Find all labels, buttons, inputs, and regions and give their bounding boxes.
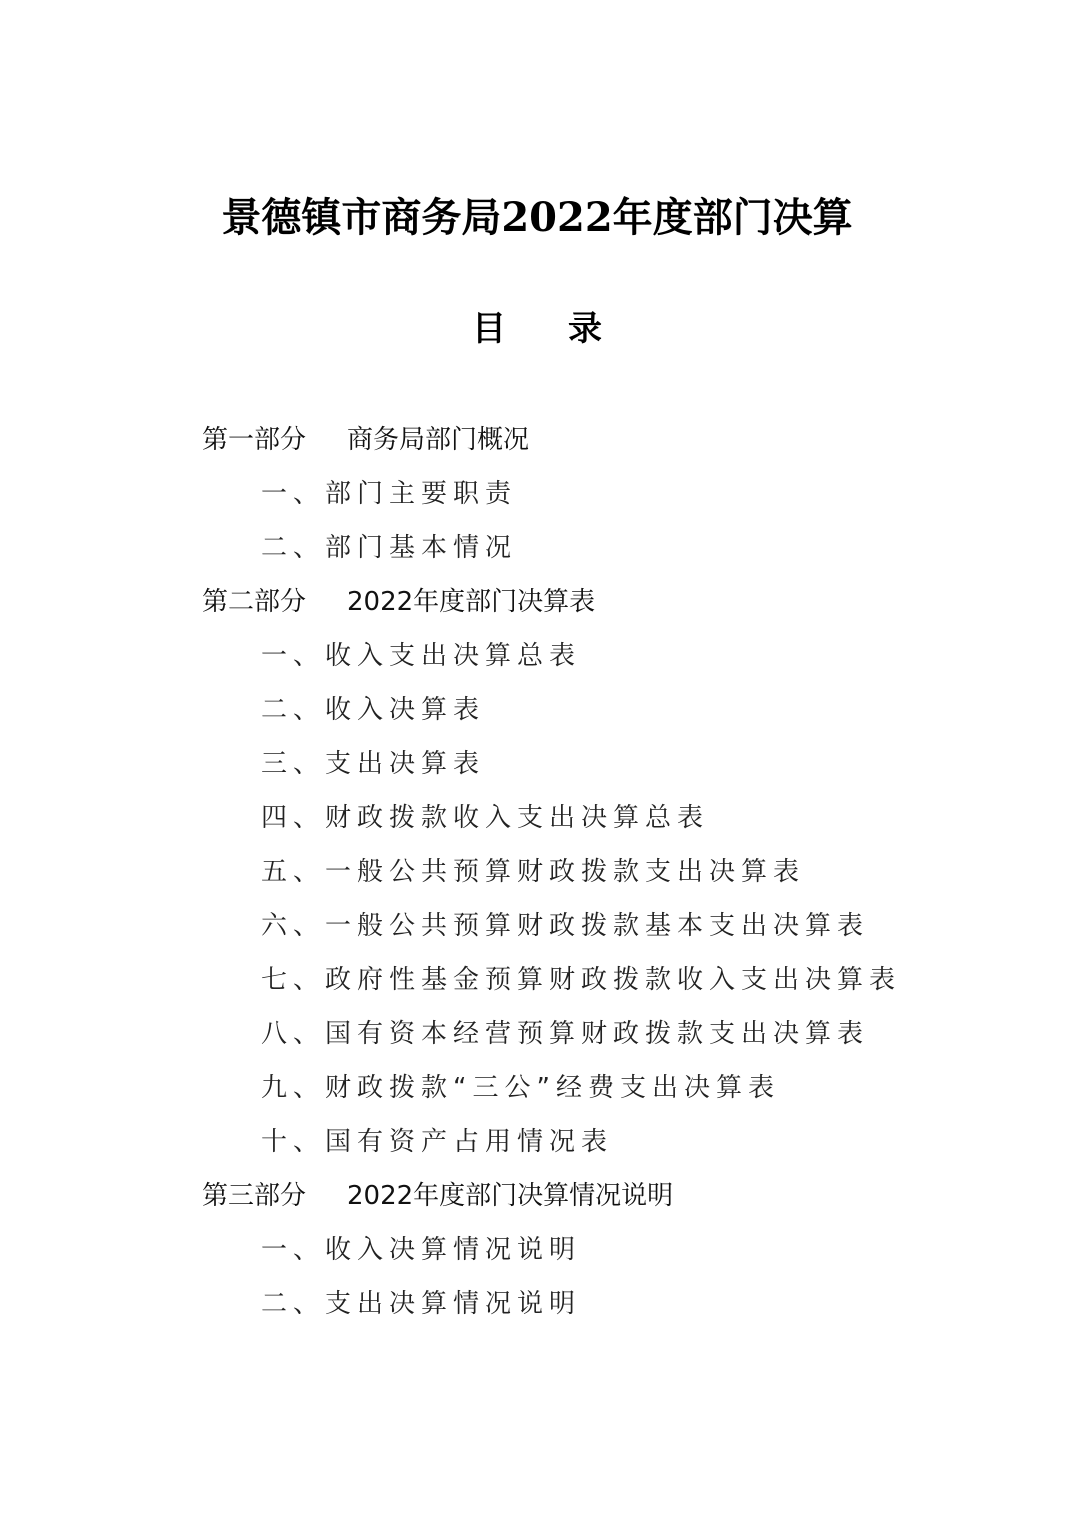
toc-part-1[interactable]: 第一部分商务局部门概况	[202, 422, 529, 458]
part-label: 第一部分	[202, 422, 347, 458]
part-title: 商务局部门概况	[347, 425, 529, 455]
toc-heading-char-2: 录	[568, 306, 602, 352]
toc-heading: 目录	[0, 306, 1074, 352]
toc-item[interactable]: 二、部门基本情况	[261, 530, 517, 566]
toc-item[interactable]: 六、一般公共预算财政拨款基本支出决算表	[261, 908, 869, 944]
toc-item[interactable]: 八、国有资本经营预算财政拨款支出决算表	[261, 1016, 869, 1052]
toc-item[interactable]: 一、收入决算情况说明	[261, 1232, 581, 1268]
part-label: 第三部分	[202, 1178, 347, 1214]
toc-item[interactable]: 九、财政拨款“三公”经费支出决算表	[261, 1070, 780, 1106]
toc-heading-char-1: 目	[472, 306, 506, 352]
part-title: 2022年度部门决算表	[347, 587, 595, 617]
toc-item[interactable]: 三、支出决算表	[261, 746, 485, 782]
document-page: 景德镇市商务局2022年度部门决算 目录 第一部分商务局部门概况 一、部门主要职…	[0, 0, 1074, 1520]
toc-item[interactable]: 二、支出决算情况说明	[261, 1286, 581, 1322]
toc-item[interactable]: 七、政府性基金预算财政拨款收入支出决算表	[261, 962, 901, 998]
toc-part-2[interactable]: 第二部分2022年度部门决算表	[202, 584, 595, 620]
toc-item[interactable]: 十、国有资产占用情况表	[261, 1124, 613, 1160]
toc-item[interactable]: 二、收入决算表	[261, 692, 485, 728]
toc-item[interactable]: 一、收入支出决算总表	[261, 638, 581, 674]
toc-item[interactable]: 四、财政拨款收入支出决算总表	[261, 800, 709, 836]
toc-item[interactable]: 五、一般公共预算财政拨款支出决算表	[261, 854, 805, 890]
toc-part-3[interactable]: 第三部分2022年度部门决算情况说明	[202, 1178, 673, 1214]
document-title: 景德镇市商务局2022年度部门决算	[0, 192, 1074, 244]
part-label: 第二部分	[202, 584, 347, 620]
part-title: 2022年度部门决算情况说明	[347, 1181, 673, 1211]
toc-item[interactable]: 一、部门主要职责	[261, 476, 517, 512]
